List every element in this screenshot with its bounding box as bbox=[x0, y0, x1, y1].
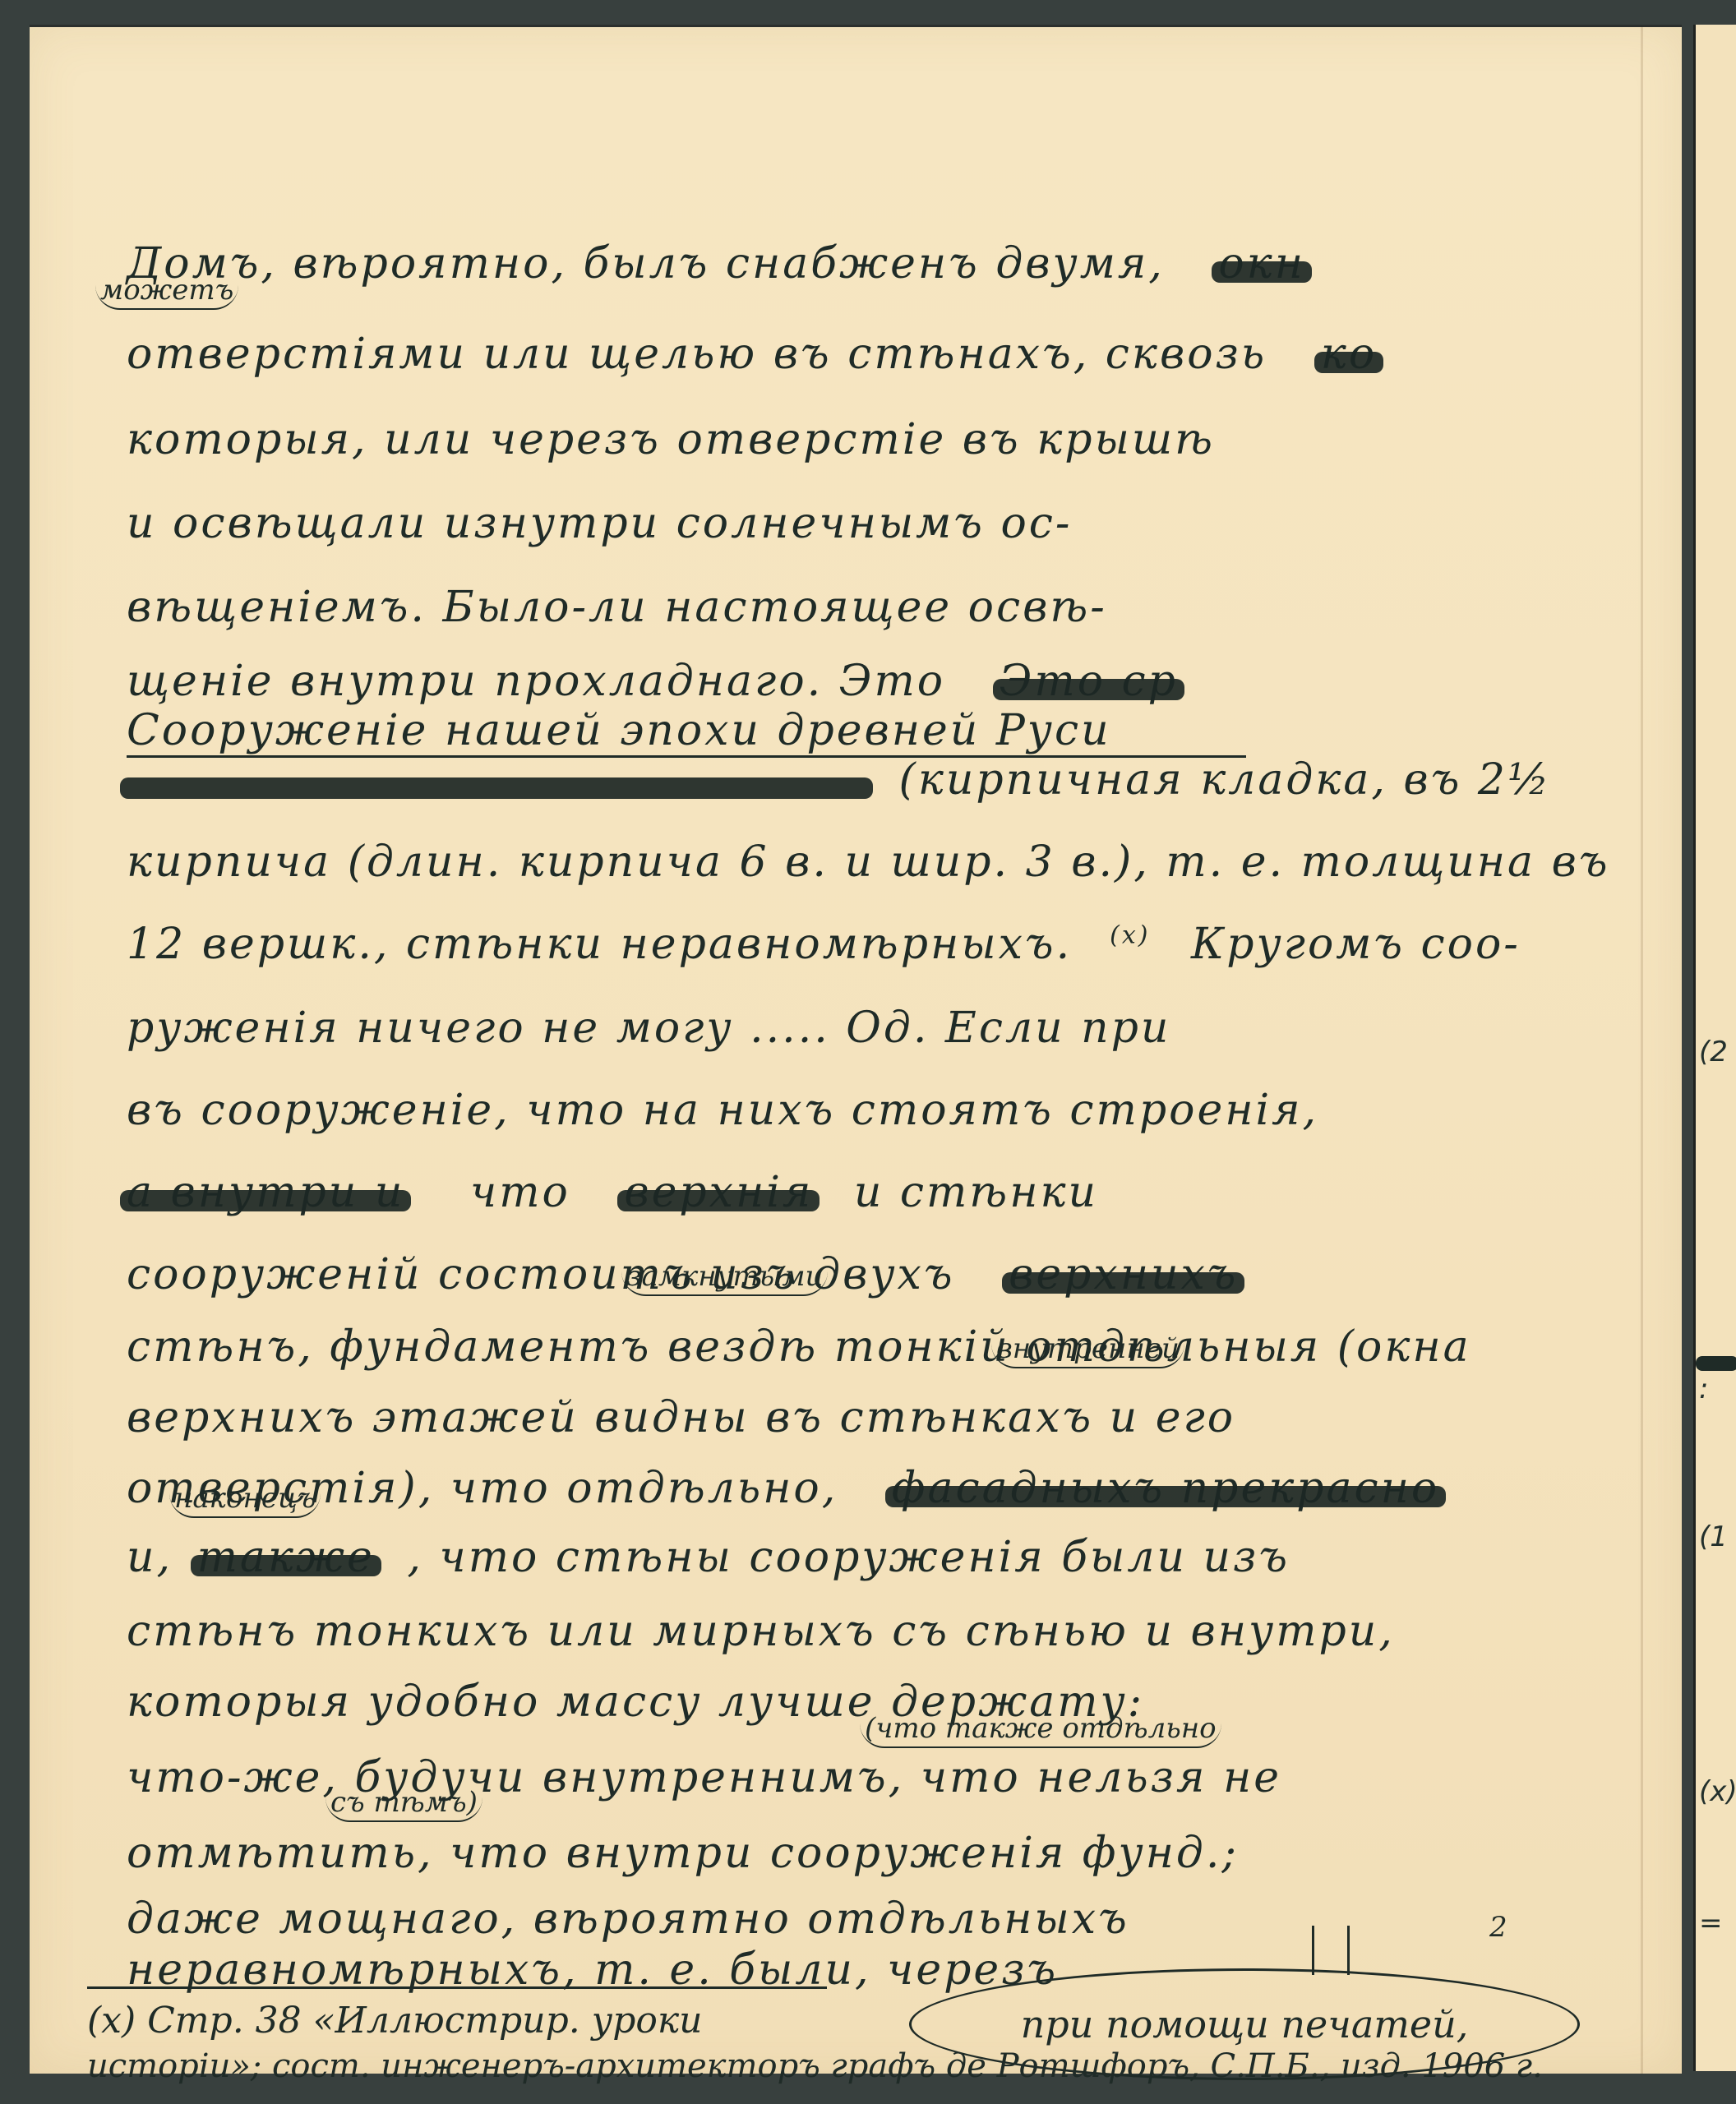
line-text: верхнихъ этажей видны въ стѣнкахъ и его bbox=[127, 1396, 1235, 1439]
margin-mark: = bbox=[1699, 1907, 1723, 1940]
manuscript-line: руженія ничего не могу ..... Од. Если пр… bbox=[127, 1007, 1632, 1050]
line-text: даже мощнаго, вѣроятно отдѣльныхъ bbox=[127, 1898, 1129, 1940]
interlinear-insertion: съ тѣмъ) bbox=[325, 1786, 482, 1822]
margin-strikeout bbox=[1696, 1356, 1736, 1371]
manuscript-page: Домъ, вѣроятно, былъ снабженъ двумя, окн… bbox=[30, 25, 1682, 2074]
interlinear-insertion: (что также отдѣльно bbox=[860, 1712, 1221, 1748]
manuscript-line: стѣнъ тонкихъ или мирныхъ съ сѣнью и вну… bbox=[127, 1610, 1632, 1653]
manuscript-line-insert: Сооруженіе нашей эпохи древней Руси bbox=[127, 709, 1246, 758]
manuscript-line: сооруженій состоитъ изъ двухъ верхнихъ bbox=[127, 1253, 1632, 1296]
line-text: Кругомъ соо- bbox=[1191, 923, 1521, 966]
struck-word: верхнія bbox=[624, 1171, 813, 1214]
line-text: щеніе внутри прохладнаго. Это bbox=[127, 660, 945, 703]
footnote-divider bbox=[87, 1986, 827, 1989]
interlinear-insertion: можетъ bbox=[95, 274, 238, 310]
interlinear-insertion: наконецъ bbox=[169, 1482, 321, 1518]
manuscript-line: которыя, или черезъ отверстіе въ крышѣ bbox=[127, 418, 1632, 461]
line-text: которыя, или черезъ отверстіе въ крышѣ bbox=[127, 418, 1215, 461]
line-text: вѣщеніемъ. Было-ли настоящее освѣ- bbox=[127, 586, 1107, 629]
struck-word: а внутри и bbox=[127, 1171, 404, 1214]
footnote-line-2: исторіи»; сост. инженеръ-архитекторъ гра… bbox=[87, 2047, 1543, 2085]
line-text: что bbox=[470, 1171, 570, 1214]
interlinear-insertion: внутренней bbox=[991, 1332, 1184, 1368]
margin-mark: (1 bbox=[1699, 1520, 1728, 1553]
line-text: и освѣщали изнутри солнечнымъ ос- bbox=[127, 502, 1072, 545]
manuscript-line: даже мощнаго, вѣроятно отдѣльныхъ bbox=[127, 1898, 1632, 1940]
manuscript-line: а внутри и что верхнія и стѣнки bbox=[127, 1171, 1632, 1214]
manuscript-line: кирпича (длин. кирпича 6 в. и шир. 3 в.)… bbox=[127, 841, 1632, 884]
interlinear-insertion: замкнутыми bbox=[621, 1260, 828, 1296]
line-text: стѣнъ, фундаментъ вездѣ тонкій отдѣльныя… bbox=[127, 1326, 1471, 1368]
manuscript-line: стѣнъ, фундаментъ вездѣ тонкій отдѣльныя… bbox=[127, 1326, 1632, 1368]
manuscript-line: и, также , что стѣны сооруженія были изъ bbox=[127, 1536, 1632, 1579]
manuscript-line: въ сооруженіе, что на нихъ стоятъ строен… bbox=[127, 1089, 1632, 1132]
line-text: въ сооруженіе, что на нихъ стоятъ строен… bbox=[127, 1089, 1318, 1132]
margin-mark: (x) bbox=[1699, 1775, 1736, 1808]
line-text: и, bbox=[127, 1536, 173, 1579]
line-text: неравномѣрныхъ, т. е. были, черезъ bbox=[127, 1949, 1058, 1991]
line-text: 12 вершк., стѣнки неравномѣрныхъ. bbox=[127, 923, 1072, 966]
line-text: Сооруженіе нашей эпохи древней Руси bbox=[127, 709, 1111, 752]
manuscript-line: 12 вершк., стѣнки неравномѣрныхъ.(x) Кру… bbox=[127, 923, 1632, 966]
struck-word: окн bbox=[1218, 242, 1305, 285]
struck-word: фасадныхъ прекрасно bbox=[892, 1467, 1439, 1510]
struck-line: (зачеркнутая строка) bbox=[127, 759, 866, 801]
footnote-line-1: (x) Стр. 38 «Иллюстрир. уроки bbox=[87, 2000, 703, 2042]
line-text: сооруженій состоитъ изъ двухъ bbox=[127, 1253, 955, 1296]
line-text: стѣнъ тонкихъ или мирныхъ съ сѣнью и вну… bbox=[127, 1610, 1395, 1653]
manuscript-line: отверстіями или щелью въ стѣнахъ, сквозь… bbox=[127, 333, 1632, 376]
callout-connector bbox=[1312, 1926, 1350, 1975]
line-text: (кирпичная кладка, въ 2½ bbox=[899, 759, 1552, 801]
margin-mark: (2 bbox=[1699, 1036, 1728, 1068]
line-text: что-же, будучи внутреннимъ, что нельзя н… bbox=[127, 1756, 1281, 1799]
manuscript-line: щеніе внутри прохладнаго. Это Это ср bbox=[127, 660, 1632, 703]
manuscript-line: верхнихъ этажей видны въ стѣнкахъ и его bbox=[127, 1396, 1632, 1439]
footnote-reference: (x) bbox=[1110, 921, 1150, 950]
line-text: Домъ, вѣроятно, былъ снабженъ двумя, bbox=[127, 242, 1165, 285]
struck-word: верхнихъ bbox=[1009, 1253, 1238, 1296]
struck-word: Это ср bbox=[1000, 660, 1178, 703]
struck-word: также bbox=[197, 1536, 375, 1579]
insertion-marker: 2 bbox=[1484, 1911, 1512, 1945]
manuscript-line: вѣщеніемъ. Было-ли настоящее освѣ- bbox=[127, 586, 1632, 629]
adjacent-page-fragment: (2 : (1 (x) = bbox=[1693, 25, 1736, 2071]
callout-text: при помощи печатей, bbox=[1021, 2002, 1469, 2046]
line-text: , что стѣны сооруженія были изъ bbox=[407, 1536, 1290, 1579]
line-text: отмѣтить, что внутри сооруженія фунд.; bbox=[127, 1832, 1239, 1875]
margin-mark: : bbox=[1699, 1373, 1708, 1405]
manuscript-line: Домъ, вѣроятно, былъ снабженъ двумя, окн bbox=[127, 242, 1632, 285]
manuscript-line: отверстія), что отдѣльно, фасадныхъ прек… bbox=[127, 1467, 1632, 1510]
line-text: и стѣнки bbox=[854, 1171, 1098, 1214]
line-text: кирпича (длин. кирпича 6 в. и шир. 3 в.)… bbox=[127, 841, 1610, 884]
line-text: отверстіями или щелью въ стѣнахъ, сквозь bbox=[127, 333, 1267, 376]
manuscript-line: (зачеркнутая строка) (кирпичная кладка, … bbox=[127, 759, 1632, 801]
line-text: руженія ничего не могу ..... Од. Если пр… bbox=[127, 1007, 1170, 1050]
struck-word: ко bbox=[1321, 333, 1377, 376]
manuscript-line: и освѣщали изнутри солнечнымъ ос- bbox=[127, 502, 1632, 545]
manuscript-line: отмѣтить, что внутри сооруженія фунд.; bbox=[127, 1832, 1632, 1875]
